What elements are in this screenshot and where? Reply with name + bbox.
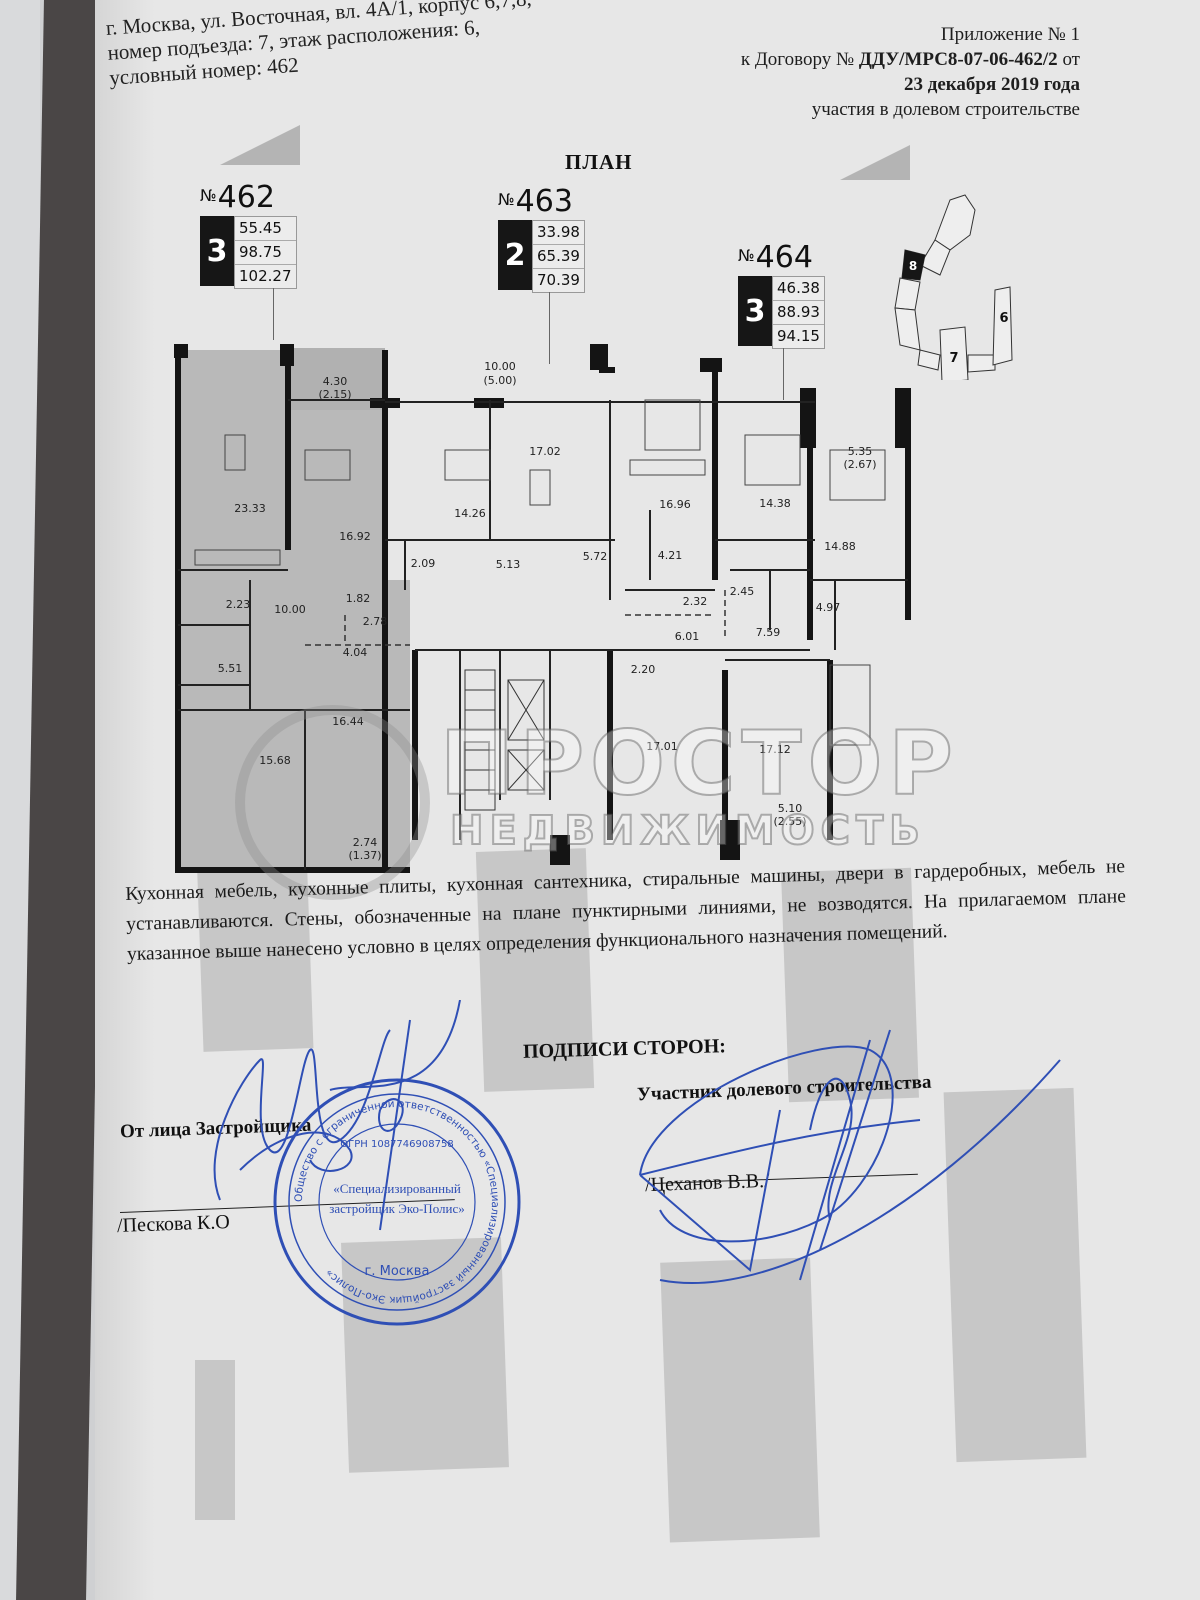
number-sign: № (738, 246, 755, 265)
room-area-label: 17.02 (529, 445, 561, 458)
contract-date-text: 23 декабря 2019 года (904, 74, 1080, 95)
room-area-label: 2.20 (631, 663, 656, 676)
room-area-label: 16.92 (339, 530, 371, 543)
room-count-badge: 3 (738, 276, 772, 346)
living-area: 46.38 (773, 277, 824, 301)
room-area-label: 4.30 (323, 375, 348, 388)
contract-number: ДДУ/МРС8-07-06-462/2 (859, 49, 1058, 70)
room-area-label: 10.00 (274, 603, 306, 616)
floor-plan: 4.30 (2.15) 10.00 (5.00) 23.33 16.92 14.… (170, 340, 915, 880)
section-6-label: 6 (999, 311, 1008, 326)
appendix-header: Приложение № 1 к Договору № ДДУ/МРС8-07-… (620, 22, 1080, 122)
appendix-title: Приложение № 1 (620, 22, 1080, 47)
stamp-center-line2: застройщик Эко-Полис» (329, 1201, 465, 1216)
room-area-label: 7.59 (756, 626, 781, 639)
apartment-number: №462 (200, 180, 297, 214)
room-area-label: 17.01 (646, 740, 678, 753)
stamp-city: г. Москва (365, 1264, 430, 1279)
apartment-number: №464 (738, 240, 825, 274)
room-area-label: 2.45 (730, 585, 755, 598)
room-area-label: (2.15) (318, 388, 351, 401)
contract-date: 23 декабря 2019 года (620, 72, 1080, 97)
room-area-label: 15.68 (259, 754, 291, 767)
plan-title: ПЛАН (565, 150, 632, 175)
leader-line (273, 288, 274, 340)
stamp-center-line1: «Специализированный (333, 1181, 461, 1196)
contract-line: к Договору № ДДУ/МРС8-07-06-462/2 от (620, 47, 1080, 72)
contract-prefix: к Договору № (741, 49, 859, 70)
room-area-label: 17.12 (759, 743, 791, 756)
apartment-number: №463 (498, 184, 585, 218)
room-area-label: 2.32 (683, 595, 708, 608)
living-area: 33.98 (533, 221, 584, 245)
corner-triangle-icon (840, 145, 910, 180)
participant-name: /Цеханов В.В./ (645, 1170, 770, 1197)
floor-plan-drawing: 4.30 (2.15) 10.00 (5.00) 23.33 16.92 14.… (170, 340, 915, 880)
apartment-number-value: 464 (756, 240, 813, 275)
room-area-label: 10.00 (484, 360, 516, 373)
apartment-card-462: №462 3 55.45 98.75 102.27 (200, 180, 297, 289)
section-7-label: 7 (949, 351, 958, 366)
room-area-label: 4.04 (343, 646, 368, 659)
number-sign: № (200, 186, 217, 205)
apartment-number-value: 462 (218, 180, 275, 215)
living-area: 55.45 (235, 217, 296, 241)
stamp-ogrn: ОГРН 1087746908758 (340, 1139, 453, 1150)
room-area-label: (5.00) (483, 374, 516, 387)
room-area-label: 2.09 (411, 557, 436, 570)
room-area-label: 1.82 (346, 592, 371, 605)
room-count-badge: 2 (498, 220, 532, 290)
room-area-label: 5.72 (583, 550, 608, 563)
total-area: 65.39 (533, 245, 584, 269)
bleed-bar (195, 1360, 235, 1520)
room-area-label: 5.10 (778, 802, 803, 815)
room-area-label: 14.26 (454, 507, 486, 520)
corner-triangle-icon (220, 125, 300, 165)
room-area-label: 5.35 (848, 445, 873, 458)
room-area-label: 6.01 (675, 630, 700, 643)
room-area-label: (1.37) (348, 849, 381, 862)
bleed-bar (944, 1088, 1087, 1462)
room-area-label: 14.88 (824, 540, 856, 553)
section-8-label: 8 (909, 259, 917, 273)
room-area-label: 2.78 (363, 615, 388, 628)
room-area-label: 16.96 (659, 498, 691, 511)
room-area-label: 5.51 (218, 662, 243, 675)
total-area: 88.93 (773, 301, 824, 325)
room-area-label: 23.33 (234, 502, 266, 515)
room-count-badge: 3 (200, 216, 234, 286)
room-area-label: 2.74 (353, 836, 378, 849)
room-area-label: 2.23 (226, 598, 251, 611)
total-area-with-balcony: 70.39 (533, 269, 584, 292)
room-area-label: 14.38 (759, 497, 791, 510)
total-area-with-balcony: 102.27 (235, 265, 296, 288)
apartment-number-value: 463 (516, 184, 573, 219)
bleed-bar (660, 1257, 820, 1542)
company-stamp: Общество с ограниченной ответственностью… (270, 1075, 525, 1330)
contract-suffix: от (1058, 49, 1080, 70)
apartment-card-463: №463 2 33.98 65.39 70.39 (498, 184, 585, 293)
room-area-label: 16.44 (332, 715, 364, 728)
developer-name: /Пескова К.О (117, 1211, 231, 1238)
room-area-label: 4.97 (816, 601, 841, 614)
room-area-label: 5.13 (496, 558, 521, 571)
room-area-label: (2.55) (773, 815, 806, 828)
apartment-card-464: №464 3 46.38 88.93 94.15 (738, 240, 825, 349)
room-area-label: (2.67) (843, 458, 876, 471)
contract-type: участия в долевом строительстве (620, 97, 1080, 122)
room-area-label: 4.21 (658, 549, 683, 562)
number-sign: № (498, 190, 515, 209)
total-area: 98.75 (235, 241, 296, 265)
